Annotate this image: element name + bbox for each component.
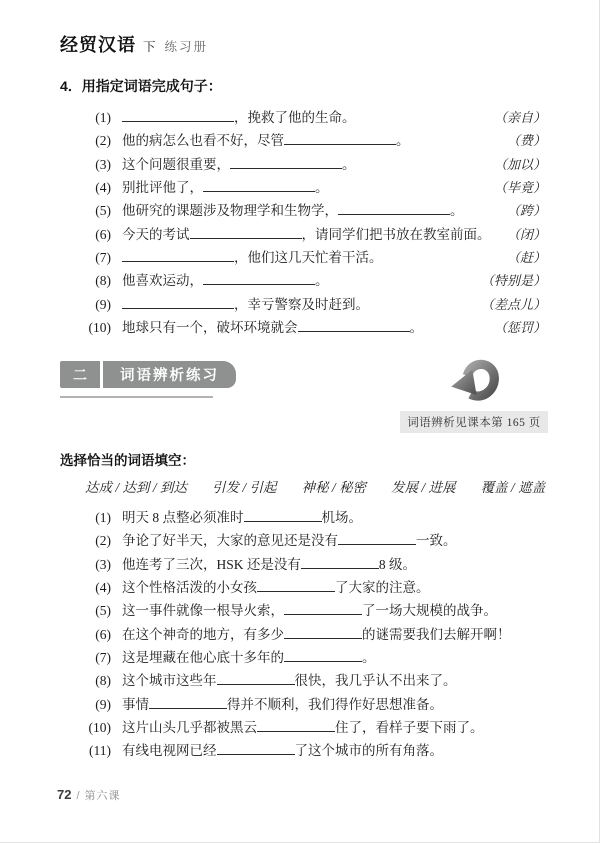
item-text-pre: 这个问题很重要， xyxy=(122,157,230,172)
hint-word: （差点儿） xyxy=(473,294,546,313)
hint-word: （惩罚） xyxy=(486,317,546,336)
word-bank-group: 发展 / 进展 xyxy=(391,476,456,496)
item-number: (8) xyxy=(81,273,111,289)
item-text-post: ，幸亏警察及时赶到。 xyxy=(234,297,369,312)
item-text-post: 8 级。 xyxy=(379,557,416,572)
answer-blank xyxy=(190,226,302,238)
sentence-item: (3) 这个问题很重要，。 （加以） xyxy=(81,153,546,176)
item-number: (11) xyxy=(81,743,111,759)
item-text-post: 。 xyxy=(410,320,424,335)
hint-word: （毕竟） xyxy=(486,177,546,196)
section-underline xyxy=(60,396,213,398)
item-number: (3) xyxy=(81,157,111,173)
item-number: (8) xyxy=(81,673,111,689)
sentence-item: (2) 他的病怎么也看不好，尽管。 （费） xyxy=(81,129,546,152)
item-number: (2) xyxy=(81,133,111,149)
sentence-item: (9) ，幸亏警察及时赶到。 （差点儿） xyxy=(81,293,546,316)
item-text-post: 。 xyxy=(450,203,464,218)
section-two: 二 词语辨析练习 xyxy=(60,361,236,398)
page-number: 72 xyxy=(57,787,71,802)
item-text-post: ，他们这几天忙着干活。 xyxy=(234,250,383,265)
item-number: (3) xyxy=(81,557,111,573)
answer-blank xyxy=(301,556,379,568)
item-number: (10) xyxy=(81,320,111,336)
item-text-post: ，挽救了他的生命。 xyxy=(234,110,356,125)
word-bank-group: 神秘 / 秘密 xyxy=(302,476,367,496)
item-text-post: 了大家的注意。 xyxy=(335,580,430,595)
answer-blank xyxy=(122,110,234,122)
hint-word: （费） xyxy=(499,130,546,149)
sentence-item: (6) 今天的考试，请同学们把书放在教室前面。 （闭） xyxy=(81,223,546,246)
word-bank-group: 达成 / 达到 / 到达 xyxy=(85,476,187,496)
item-text-pre: 这个城市这些年 xyxy=(122,673,217,688)
item-text-pre: 在这个神奇的地方，有多少 xyxy=(122,627,284,642)
reference-note: 词语辨析见课本第 165 页 xyxy=(400,411,548,433)
item-text-pre: 他喜欢运动， xyxy=(122,273,203,288)
hint-word: （加以） xyxy=(486,154,546,173)
hint-word: （特别是） xyxy=(473,270,546,289)
answer-blank xyxy=(284,133,396,145)
answer-blank xyxy=(217,673,295,685)
sentence-item: (4) 别批评他了，。 （毕竟） xyxy=(81,176,546,199)
item-text-post: ，请同学们把书放在教室前面。 xyxy=(302,227,491,242)
word-bank-group: 引发 / 引起 xyxy=(212,476,277,496)
item-text-pre: 别批评他了， xyxy=(122,180,203,195)
item-text-post: 很快，我几乎认不出来了。 xyxy=(295,673,457,688)
item-number: (6) xyxy=(81,227,111,243)
item-text-post: 。 xyxy=(342,157,356,172)
item-text-post: 。 xyxy=(362,650,376,665)
sentence-item: (1) ，挽救了他的生命。 （亲自） xyxy=(81,106,546,129)
answer-blank xyxy=(230,156,342,168)
chapter-label: 第六课 xyxy=(85,787,121,803)
answer-blank xyxy=(244,510,322,522)
hint-word: （赶） xyxy=(499,247,546,266)
sentence-item: (10) 地球只有一个，破坏环境就会。 （惩罚） xyxy=(81,316,546,339)
section-title: 词语辨析练习 xyxy=(103,361,236,388)
sentence-item: (2) 争论了好半天，大家的意见还是没有一致。 xyxy=(81,529,546,552)
fill-exercise-list: (1) 明天 8 点整必须准时机场。 (2) 争论了好半天，大家的意见还是没有一… xyxy=(81,506,546,763)
book-volume: 下 xyxy=(143,37,156,55)
sentence-item: (5) 他研究的课题涉及物理学和生物学，。 （跨） xyxy=(81,199,546,222)
word-bank: 达成 / 达到 / 到达 引发 / 引起 神秘 / 秘密 发展 / 进展 覆盖 … xyxy=(85,476,545,496)
hint-word: （闭） xyxy=(499,224,546,243)
answer-blank xyxy=(217,743,295,755)
sentence-item: (10) 这片山头几乎都被黑云住了，看样子要下雨了。 xyxy=(81,716,546,739)
answer-blank xyxy=(284,603,362,615)
item-number: (9) xyxy=(81,297,111,313)
item-text-pre: 今天的考试 xyxy=(122,227,190,242)
sentence-item: (9) 事情得并不顺利，我们得作好思想准备。 xyxy=(81,693,546,716)
footer-separator: / xyxy=(76,790,79,802)
item-text-post: 机场。 xyxy=(322,510,363,525)
item-text-pre: 这是埋藏在他心底十多年的 xyxy=(122,650,284,665)
book-subtitle: 练习册 xyxy=(165,37,209,55)
section-number: 二 xyxy=(60,361,100,388)
answer-blank xyxy=(203,273,315,285)
sentence-item: (7) 这是埋藏在他心底十多年的。 xyxy=(81,646,546,669)
item-text-post: 了这个城市的所有角落。 xyxy=(295,743,444,758)
sentence-item: (7) ，他们这几天忙着干活。 （赶） xyxy=(81,246,546,269)
sentence-item: (1) 明天 8 点整必须准时机场。 xyxy=(81,506,546,529)
answer-blank xyxy=(122,250,234,262)
item-number: (2) xyxy=(81,533,111,549)
item-text-post: 得并不顺利，我们得作好思想准备。 xyxy=(227,697,443,712)
answer-blank xyxy=(257,720,335,732)
item-text-pre: 这个性格活泼的小女孩 xyxy=(122,580,257,595)
item-text-pre: 他的病怎么也看不好，尽管 xyxy=(122,133,284,148)
item-text-pre: 争论了好半天，大家的意见还是没有 xyxy=(122,533,338,548)
item-text-pre: 事情 xyxy=(122,697,149,712)
item-text-pre: 这一事件就像一根导火索， xyxy=(122,603,284,618)
item-text-post: 住了，看样子要下雨了。 xyxy=(335,720,484,735)
answer-blank xyxy=(257,580,335,592)
item-number: (1) xyxy=(81,510,111,526)
exercise4-list: (1) ，挽救了他的生命。 （亲自） (2) 他的病怎么也看不好，尽管。 （费）… xyxy=(81,106,546,339)
sentence-item: (8) 这个城市这些年很快，我几乎认不出来了。 xyxy=(81,669,546,692)
item-text-pre: 地球只有一个，破坏环境就会 xyxy=(122,320,298,335)
sentence-item: (11) 有线电视网已经了这个城市的所有角落。 xyxy=(81,739,546,762)
sentence-item: (4) 这个性格活泼的小女孩了大家的注意。 xyxy=(81,576,546,599)
item-text-post: 一致。 xyxy=(416,533,457,548)
sentence-item: (5) 这一事件就像一根导火索，了一场大规模的战争。 xyxy=(81,599,546,622)
fill-exercise-title: 选择恰当的词语填空： xyxy=(60,449,195,469)
word-bank-group: 覆盖 / 遮盖 xyxy=(481,476,546,496)
hint-word: （跨） xyxy=(499,200,546,219)
item-number: (10) xyxy=(81,720,111,736)
answer-blank xyxy=(122,296,234,308)
item-number: (4) xyxy=(81,180,111,196)
item-number: (7) xyxy=(81,650,111,666)
section-badge: 二 词语辨析练习 xyxy=(60,361,236,388)
item-text-post: 的谜需要我们去解开啊！ xyxy=(362,627,511,642)
item-text-pre: 有线电视网已经 xyxy=(122,743,217,758)
sentence-item: (8) 他喜欢运动，。 （特别是） xyxy=(81,269,546,292)
item-text-pre: 明天 8 点整必须准时 xyxy=(122,510,244,525)
book-logo: 经贸汉语 xyxy=(60,31,136,57)
answer-blank xyxy=(338,203,450,215)
item-text-pre: 这片山头几乎都被黑云 xyxy=(122,720,257,735)
item-text-post: 。 xyxy=(315,180,329,195)
answer-blank xyxy=(203,180,315,192)
item-number: (4) xyxy=(81,580,111,596)
undo-arrow-icon xyxy=(445,352,503,406)
item-number: (5) xyxy=(81,203,111,219)
item-number: (6) xyxy=(81,627,111,643)
item-number: (9) xyxy=(81,697,111,713)
item-number: (5) xyxy=(81,603,111,619)
item-number: (1) xyxy=(81,110,111,126)
page-header: 经贸汉语 下 练习册 xyxy=(60,31,208,57)
item-text-pre: 他连考了三次，HSK 还是没有 xyxy=(122,557,301,572)
answer-blank xyxy=(338,533,416,545)
answer-blank xyxy=(298,320,410,332)
item-text-post: 。 xyxy=(315,273,329,288)
item-text-post: 了一场大规模的战争。 xyxy=(362,603,497,618)
item-text-pre: 他研究的课题涉及物理学和生物学， xyxy=(122,203,338,218)
page-footer: 72 / 第六课 xyxy=(57,787,121,803)
sentence-item: (6) 在这个神奇的地方，有多少的谜需要我们去解开啊！ xyxy=(81,623,546,646)
hint-word: （亲自） xyxy=(486,107,546,126)
textbook-reference: 词语辨析见课本第 165 页 xyxy=(400,352,548,433)
workbook-page: 经贸汉语 下 练习册 4．用指定词语完成句子： (1) ，挽救了他的生命。 （亲… xyxy=(0,0,600,843)
item-text-post: 。 xyxy=(396,133,410,148)
item-number: (7) xyxy=(81,250,111,266)
exercise4-title: 4．用指定词语完成句子： xyxy=(60,76,222,96)
answer-blank xyxy=(284,626,362,638)
answer-blank xyxy=(149,696,227,708)
answer-blank xyxy=(284,650,362,662)
sentence-item: (3) 他连考了三次，HSK 还是没有8 级。 xyxy=(81,553,546,576)
